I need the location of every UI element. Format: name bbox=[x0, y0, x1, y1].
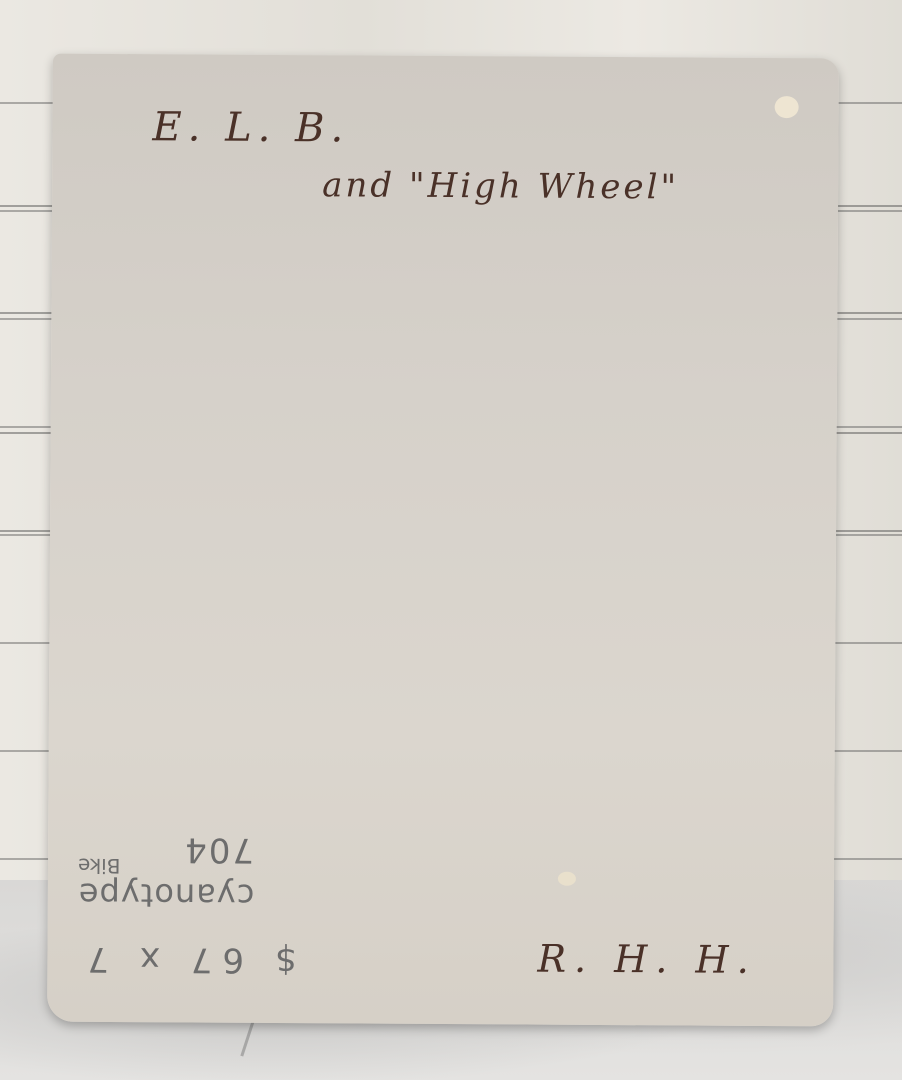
pencil-subject: Bike bbox=[78, 854, 121, 878]
pencil-process: cyanotype bbox=[78, 876, 255, 915]
handwritten-signature: R. H. H. bbox=[537, 937, 757, 982]
pencil-number: 704 bbox=[183, 829, 254, 869]
handwritten-initials: E. L. B. bbox=[152, 104, 349, 151]
pencil-price-size: $ 67 x 7 bbox=[77, 939, 296, 980]
paper-stain bbox=[558, 872, 576, 886]
handwritten-title: and "High Wheel" bbox=[322, 165, 679, 207]
paper-stain bbox=[775, 96, 799, 118]
photo-card-back: E. L. B. and "High Wheel" R. H. H. 704 c… bbox=[47, 54, 839, 1027]
